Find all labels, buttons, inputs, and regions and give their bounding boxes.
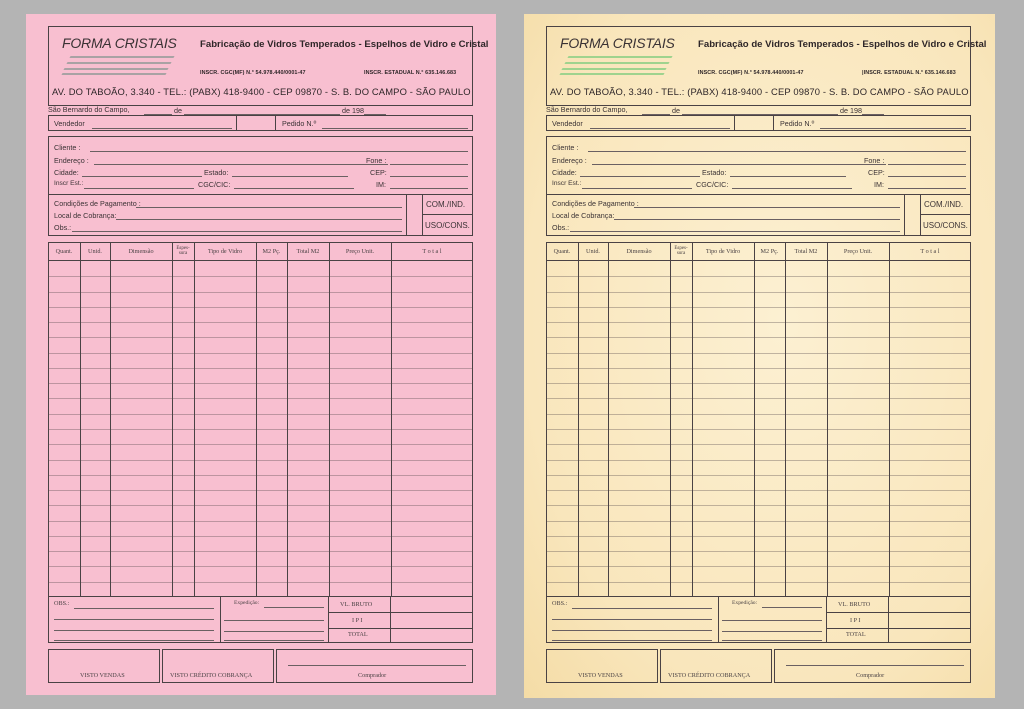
uso-cons-label: USO/CONS. [425, 222, 470, 230]
ipi-label: I P I [352, 618, 362, 624]
condicoes-pagamento-label: Condições de Pagamento : [552, 200, 639, 207]
inscr-est-label: Inscr Est.: [552, 181, 581, 188]
cep-label: CEP: [370, 169, 387, 176]
com-ind-label: COM./IND. [924, 201, 963, 209]
state-registration: |INSCR. ESTADUAL N.° 635.146.683 [862, 71, 956, 76]
column-header: Total M2 [287, 242, 329, 260]
table-row-line [546, 353, 971, 354]
expedicao-field-2[interactable] [722, 620, 822, 621]
items-table-rows[interactable] [546, 261, 971, 597]
endereco-label: Endereço : [54, 157, 89, 164]
table-row-line [48, 490, 473, 491]
cgc-cic-field[interactable] [234, 188, 354, 189]
table-row-line [48, 429, 473, 430]
estado-label: Estado: [204, 169, 228, 176]
table-row-line [48, 368, 473, 369]
table-row-line [546, 505, 971, 506]
comprador-signature-line[interactable] [786, 665, 964, 666]
table-row-line [546, 322, 971, 323]
column-header-label: Quant. [56, 248, 73, 255]
company-address: AV. DO TABOÃO, 3.340 - TEL.: (PABX) 418-… [52, 87, 471, 96]
column-header: Total M2 [785, 242, 827, 260]
column-header-label: T o t a l [422, 248, 441, 255]
footer-obs-field-4[interactable] [552, 640, 712, 641]
table-row-line [546, 582, 971, 583]
ipi-label: I P I [850, 618, 860, 624]
ipi-value[interactable] [392, 613, 472, 628]
footer-obs-label: OBS.: [552, 601, 567, 607]
column-header: Dimensão [608, 242, 670, 260]
vendedor-field[interactable] [590, 128, 730, 129]
comprador-label: Comprador [358, 673, 386, 679]
table-row-line [546, 307, 971, 308]
date-de-label: de [174, 107, 182, 114]
cgc-cic-label: CGC/CIC: [198, 181, 230, 188]
table-row-line [48, 582, 473, 583]
total-label: TOTAL [348, 632, 368, 638]
table-row-line [546, 551, 971, 552]
cidade-label: Cidade: [552, 169, 577, 176]
fone-label: Fone : [864, 157, 884, 164]
com-ind-checkbox[interactable] [407, 195, 422, 214]
company-address: AV. DO TABOÃO, 3.340 - TEL.: (PABX) 418-… [550, 87, 969, 96]
local-cobranca-field[interactable] [614, 219, 900, 220]
im-field[interactable] [888, 188, 966, 189]
cliente-field[interactable] [588, 151, 966, 152]
endereco-label: Endereço : [552, 157, 587, 164]
pedido-label: Pedido N.º [780, 120, 814, 127]
footer-obs-label: OBS.: [54, 601, 69, 607]
date-year-label: de 198 [840, 107, 862, 114]
column-header: Espes-sura [172, 242, 194, 260]
table-row-line [546, 398, 971, 399]
cgc-cic-label: CGC/CIC: [696, 181, 728, 188]
column-header-label: Unid. [586, 248, 600, 255]
footer-obs-field-3[interactable] [54, 630, 214, 631]
date-city-label: São Bernardo do Campo, [546, 106, 628, 113]
table-row-line [546, 475, 971, 476]
im-field[interactable] [390, 188, 468, 189]
column-header-label: T o t a l [920, 248, 939, 255]
column-header-label: Total M2 [297, 248, 320, 255]
cgc-registration: INSCR. CGC(MF) N.° 54.978.440/0001-47 [698, 71, 804, 76]
visto-credito-label: VISTO CRÉDITO COBRANÇA [668, 673, 750, 679]
date-de-label: de [672, 107, 680, 114]
expedicao-label: Expedição: [234, 601, 259, 607]
expedicao-field-4[interactable] [224, 640, 324, 641]
column-header: M2 Pç. [256, 242, 287, 260]
logo-stripes-icon [560, 54, 672, 78]
table-row-line [48, 353, 473, 354]
date-city-label: São Bernardo do Campo, [48, 106, 130, 113]
company-logo: FORMA CRISTAIS [560, 36, 675, 50]
footer-obs-field-1[interactable] [74, 608, 214, 609]
table-row-line [48, 383, 473, 384]
local-cobranca-field[interactable] [116, 219, 402, 220]
column-header-label: Unid. [88, 248, 102, 255]
uso-cons-checkbox[interactable] [407, 215, 422, 235]
im-label: IM: [376, 181, 386, 188]
table-row-line [48, 414, 473, 415]
inscr-est-field[interactable] [84, 188, 194, 189]
column-header-label: M2 Pç. [263, 248, 281, 255]
cgc-registration: INSCR. CGC(MF) N.° 54.978.440/0001-47 [200, 71, 306, 76]
expedicao-field-1[interactable] [762, 607, 822, 608]
pink-order-form-sheet: FORMA CRISTAIS Fabricação de Vidros Temp… [26, 14, 496, 695]
fone-label: Fone : [366, 157, 386, 164]
vl-bruto-label: VL. BRUTO [838, 602, 870, 608]
column-header-label: Quant. [554, 248, 571, 255]
obs-field[interactable] [570, 231, 900, 232]
column-header: Dimensão [110, 242, 172, 260]
table-row-line [48, 337, 473, 338]
expedicao-field-4[interactable] [722, 640, 822, 641]
expedicao-field-2[interactable] [224, 620, 324, 621]
column-header-label: Total M2 [795, 248, 818, 255]
items-table-rows[interactable] [48, 261, 473, 597]
column-header: Unid. [80, 242, 110, 260]
items-table-header: Quant.Unid.DimensãoEspes-suraTipo de Vid… [48, 242, 473, 260]
cep-field[interactable] [390, 176, 468, 177]
table-row-line [48, 292, 473, 293]
column-header-label: Tipo de Vidro [208, 248, 242, 255]
estado-field[interactable] [232, 176, 348, 177]
local-cobranca-label: Local de Cobrança: [552, 212, 614, 219]
table-row-line [546, 414, 971, 415]
table-row-line [48, 444, 473, 445]
footer-obs-field-1[interactable] [572, 608, 712, 609]
visto-vendas-label: VISTO VENDAS [80, 673, 125, 679]
cliente-label: Cliente : [54, 144, 80, 151]
ipi-value[interactable] [890, 613, 970, 628]
vl-bruto-label: VL. BRUTO [340, 602, 372, 608]
cep-field[interactable] [888, 176, 966, 177]
table-row-line [546, 536, 971, 537]
table-row-line [546, 292, 971, 293]
column-header: Espes-sura [670, 242, 692, 260]
column-header-label: Tipo de Vidro [706, 248, 740, 255]
estado-label: Estado: [702, 169, 726, 176]
column-header: Tipo de Vidro [692, 242, 754, 260]
column-header-label: Dimensão [128, 248, 153, 255]
column-header: Quant. [48, 242, 80, 260]
column-header-label: Dimensão [626, 248, 651, 255]
table-row-line [48, 460, 473, 461]
comprador-label: Comprador [856, 673, 884, 679]
total-value[interactable] [890, 629, 970, 642]
table-row-line [48, 566, 473, 567]
footer-obs-field-2[interactable] [54, 619, 214, 620]
condicoes-pagamento-label: Condições de Pagamento : [54, 200, 141, 207]
cgc-cic-field[interactable] [732, 188, 852, 189]
cidade-field[interactable] [580, 176, 700, 177]
column-header-label: Espes-sura [174, 246, 192, 257]
company-tagline: Fabricação de Vidros Temperados - Espelh… [200, 40, 488, 50]
obs-label: Obs.: [54, 224, 71, 231]
uso-cons-checkbox[interactable] [905, 215, 920, 235]
column-header: Tipo de Vidro [194, 242, 256, 260]
state-registration: INSCR. ESTADUAL N.° 635.146.683 [364, 71, 456, 76]
company-tagline: Fabricação de Vidros Temperados - Espelh… [698, 40, 986, 50]
fone-field[interactable] [390, 164, 468, 165]
vl-bruto-value[interactable] [890, 597, 970, 612]
table-row-line [48, 398, 473, 399]
cliente-field[interactable] [90, 151, 468, 152]
table-row-line [48, 505, 473, 506]
table-row-line [546, 383, 971, 384]
pedido-field[interactable] [820, 128, 966, 129]
table-row-line [48, 536, 473, 537]
table-row-line [546, 566, 971, 567]
footer-obs-field-3[interactable] [552, 630, 712, 631]
table-row-line [546, 521, 971, 522]
expedicao-label: Expedição: [732, 601, 757, 607]
column-header: T o t a l [391, 242, 473, 260]
pedido-label: Pedido N.º [282, 120, 316, 127]
endereco-field[interactable] [94, 164, 388, 165]
condicoes-pagamento-field[interactable] [136, 207, 402, 208]
vendedor-label: Vendedor [552, 120, 583, 127]
order-form: FORMA CRISTAIS Fabricação de Vidros Temp… [26, 14, 496, 695]
column-header: Quant. [546, 242, 578, 260]
vl-bruto-value[interactable] [392, 597, 472, 612]
com-ind-checkbox[interactable] [905, 195, 920, 214]
column-header-label: Preço Unit. [346, 248, 374, 255]
table-row-line [546, 444, 971, 445]
table-row-line [48, 475, 473, 476]
cidade-field[interactable] [82, 176, 202, 177]
uso-cons-label: USO/CONS. [923, 222, 968, 230]
cliente-label: Cliente : [552, 144, 578, 151]
column-header: T o t a l [889, 242, 971, 260]
im-label: IM: [874, 181, 884, 188]
table-row-line [48, 322, 473, 323]
table-row-line [546, 460, 971, 461]
table-row-line [546, 368, 971, 369]
pedido-field[interactable] [322, 128, 468, 129]
table-row-line [546, 429, 971, 430]
column-header: Preço Unit. [827, 242, 889, 260]
expedicao-field-3[interactable] [224, 631, 324, 632]
visto-vendas-label: VISTO VENDAS [578, 673, 623, 679]
table-row-line [546, 337, 971, 338]
fone-field[interactable] [888, 164, 966, 165]
expedicao-field-1[interactable] [264, 607, 324, 608]
total-label: TOTAL [846, 632, 866, 638]
items-table-header: Quant.Unid.DimensãoEspes-suraTipo de Vid… [546, 242, 971, 260]
logo-stripes-icon [62, 54, 174, 78]
local-cobranca-label: Local de Cobrança: [54, 212, 116, 219]
yellow-order-form-sheet: FORMA CRISTAIS Fabricação de Vidros Temp… [524, 14, 995, 698]
visto-credito-label: VISTO CRÉDITO COBRANÇA [170, 673, 252, 679]
com-ind-label: COM./IND. [426, 201, 465, 209]
cep-label: CEP: [868, 169, 885, 176]
column-header: Preço Unit. [329, 242, 391, 260]
column-header: Unid. [578, 242, 608, 260]
order-form: FORMA CRISTAIS Fabricação de Vidros Temp… [524, 14, 995, 698]
company-logo: FORMA CRISTAIS [62, 36, 177, 50]
total-value[interactable] [392, 629, 472, 642]
vendedor-label: Vendedor [54, 120, 85, 127]
cidade-label: Cidade: [54, 169, 79, 176]
table-row-line [546, 276, 971, 277]
column-header-label: Preço Unit. [844, 248, 872, 255]
column-header-label: Espes-sura [672, 246, 690, 257]
date-year-label: de 198 [342, 107, 364, 114]
table-row-line [48, 276, 473, 277]
vendedor-field[interactable] [92, 128, 232, 129]
obs-label: Obs.: [552, 224, 569, 231]
column-header: M2 Pç. [754, 242, 785, 260]
footer-obs-field-2[interactable] [552, 619, 712, 620]
obs-field[interactable] [72, 231, 402, 232]
table-row-line [48, 307, 473, 308]
footer-obs-field-4[interactable] [54, 640, 214, 641]
inscr-est-label: Inscr Est.: [54, 181, 83, 188]
table-row-line [546, 490, 971, 491]
table-row-line [48, 551, 473, 552]
condicoes-pagamento-field[interactable] [634, 207, 900, 208]
table-row-line [48, 521, 473, 522]
inscr-est-field[interactable] [582, 188, 692, 189]
column-header-label: M2 Pç. [761, 248, 779, 255]
expedicao-field-3[interactable] [722, 631, 822, 632]
endereco-field[interactable] [592, 164, 886, 165]
comprador-signature-line[interactable] [288, 665, 466, 666]
estado-field[interactable] [730, 176, 846, 177]
